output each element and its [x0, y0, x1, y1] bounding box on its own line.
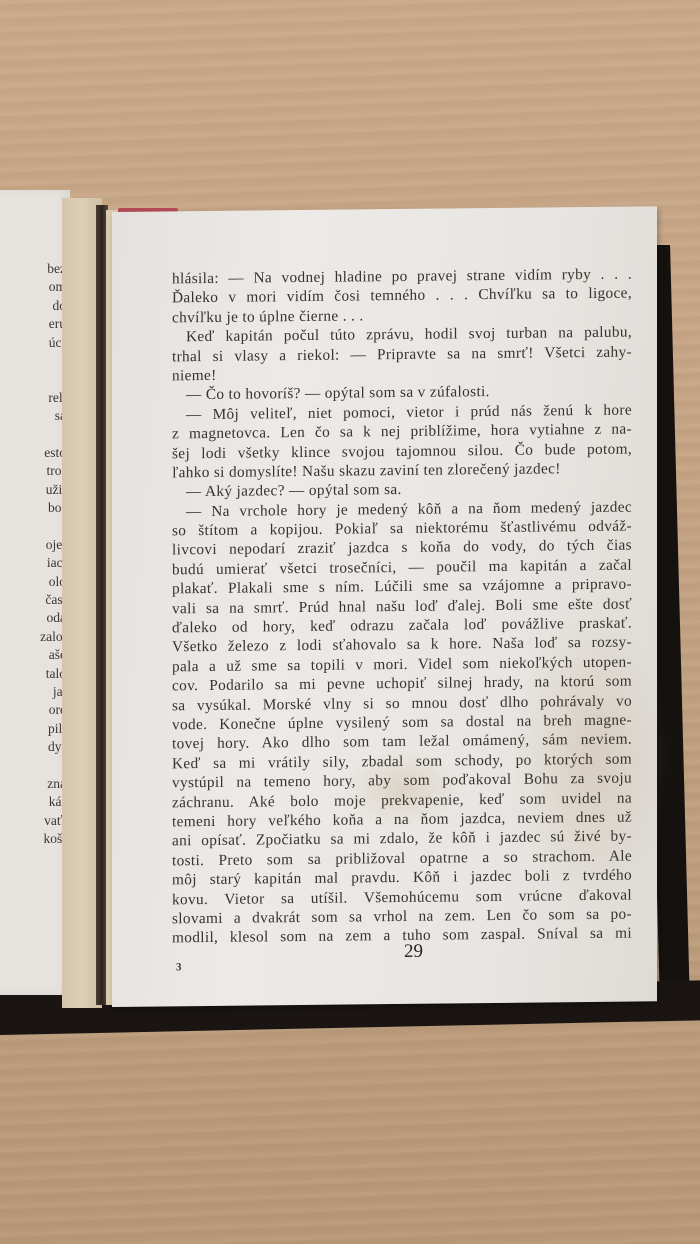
left-page-line-fragment: esto — [0, 444, 66, 462]
left-page-line-fragment — [0, 426, 66, 444]
left-page-line-fragment — [0, 517, 66, 535]
left-page-line-fragment: iac. — [0, 554, 66, 572]
left-page-line-fragment: ká- — [0, 793, 66, 811]
left-page-line-fragment: olo — [0, 573, 66, 591]
left-page: bezomdoeruúc-rel,saestotro-užilbo-ojejia… — [0, 190, 70, 995]
left-page-line-fragment: ore — [0, 701, 66, 719]
text-line: modlil, klesol som na zem a tuho som zas… — [172, 924, 632, 948]
left-page-line-fragment: om — [0, 278, 66, 296]
page-number: 29 — [404, 941, 423, 963]
page-body-text: hlásila: — Na vodnej hladine po pravej s… — [172, 265, 632, 948]
left-page-line-fragment: aše — [0, 646, 66, 664]
left-page-line-fragment: zná — [0, 775, 66, 793]
left-page-line-fragment: dy- — [0, 738, 66, 756]
left-page-line-fragment: tro- — [0, 462, 66, 480]
left-page-line-fragment: rel, — [0, 389, 66, 407]
left-page-line-fragment: ojej — [0, 536, 66, 554]
left-page-line-fragment: eru — [0, 315, 66, 333]
left-page-text-fragments: bezomdoeruúc-rel,saestotro-užilbo-ojejia… — [0, 260, 66, 849]
left-page-line-fragment: koši — [0, 830, 66, 848]
left-page-line-fragment: čas. — [0, 591, 66, 609]
left-page-line-fragment — [0, 352, 66, 370]
left-page-line-fragment — [0, 370, 66, 388]
left-page-line-fragment: oda — [0, 609, 66, 627]
left-page-line-fragment: sa — [0, 407, 66, 425]
left-page-line-fragment: bo- — [0, 499, 66, 517]
right-page: hlásila: — Na vodnej hladine po pravej s… — [112, 206, 657, 1007]
signature-mark: 3 — [176, 961, 182, 973]
left-page-line-fragment: užil — [0, 481, 66, 499]
left-page-line-fragment: bez — [0, 260, 66, 278]
left-page-line-fragment: vať. — [0, 812, 66, 830]
left-page-line-fragment — [0, 757, 66, 775]
left-page-line-fragment: talo — [0, 665, 66, 683]
left-page-line-fragment: ja, — [0, 683, 66, 701]
left-page-line-fragment: pili — [0, 720, 66, 738]
left-page-line-fragment: zalo, — [0, 628, 66, 646]
left-page-line-fragment: úc- — [0, 334, 66, 352]
left-page-line-fragment: do — [0, 297, 66, 315]
